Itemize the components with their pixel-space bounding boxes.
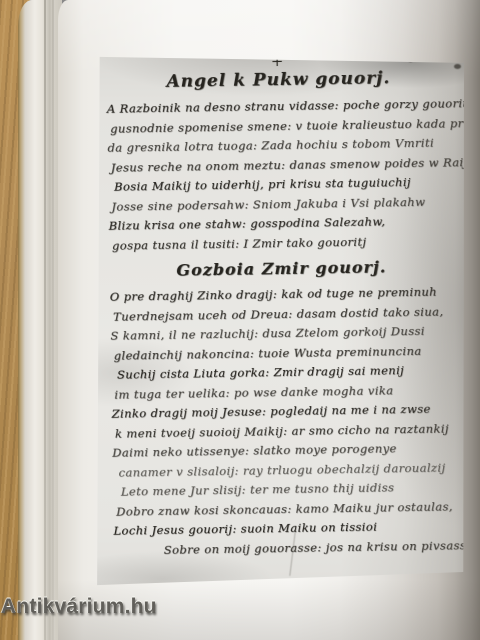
ink-speck (454, 64, 461, 69)
page-edge-crease (44, 0, 46, 640)
manuscript-line: gospa tusna il tusiti: I Zmir tako gouor… (112, 231, 453, 256)
book-photo: + Angel k Pukw gouorj. A Razboinik na de… (0, 0, 480, 640)
manuscript-heading-1: Angel k Pukw gouorj. (106, 67, 450, 92)
manuscript-stanza-1: A Razboinik na desno stranu vidasse: poc… (107, 94, 453, 255)
manuscript-line: Sobre on moij gouorasse: jos na krisu on… (164, 536, 458, 560)
book-page-edges (18, 0, 62, 640)
watermark: Antikvárium.hu (1, 595, 157, 619)
manuscript-text: + Angel k Pukw gouorj. A Razboinik na de… (106, 53, 458, 564)
manuscript-stanza-2: O pre draghij Zinko dragij: kak od tuge … (110, 282, 458, 560)
page-edge-crease (52, 0, 54, 640)
manuscript-facsimile: + Angel k Pukw gouorj. A Razboinik na de… (96, 46, 464, 590)
manuscript-heading-2: Gozboia Zmir gouorj. (109, 256, 453, 280)
